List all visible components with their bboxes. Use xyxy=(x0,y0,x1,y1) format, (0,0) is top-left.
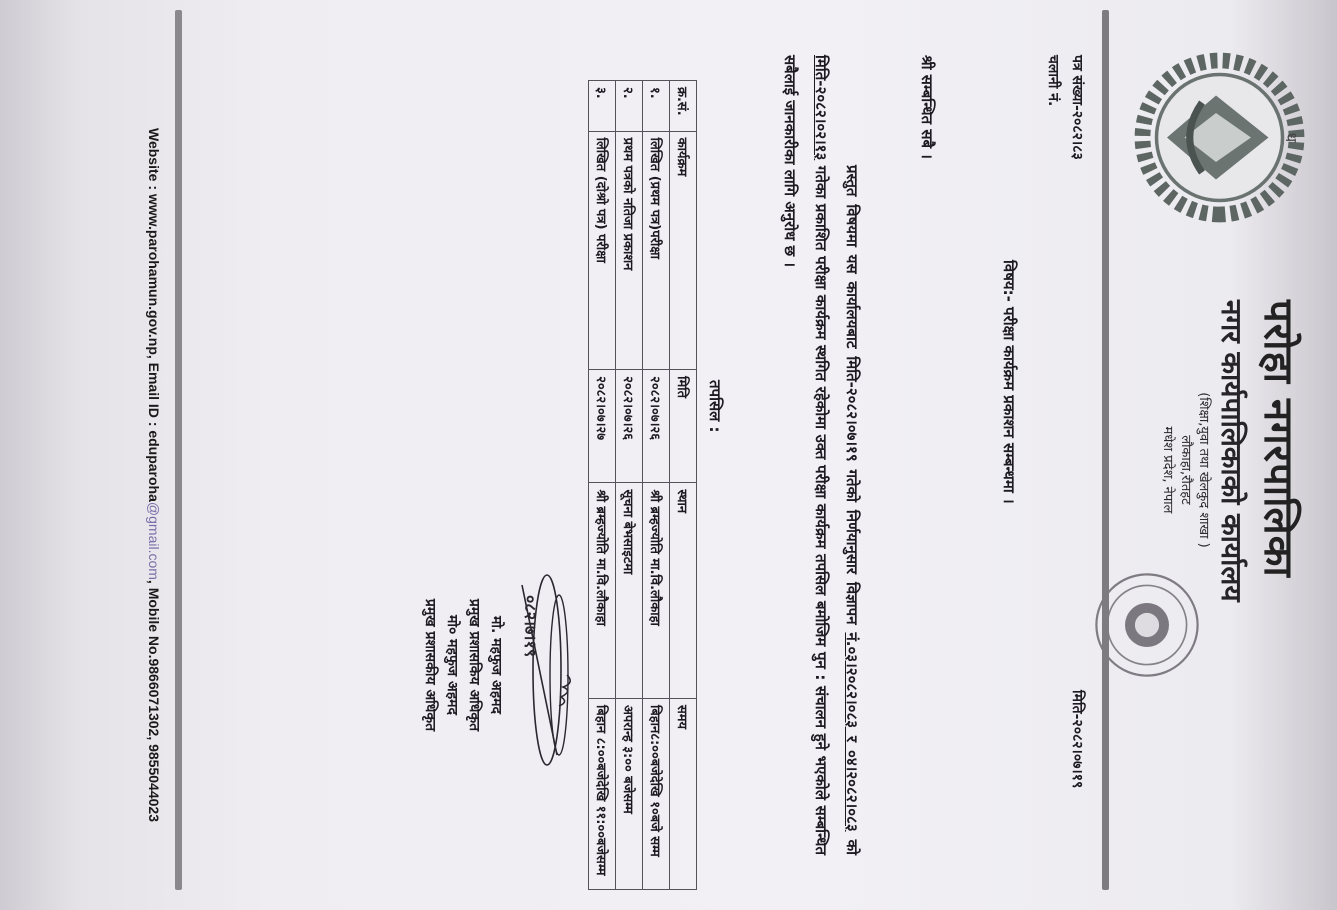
cell-date: २०८२।०७।२६ xyxy=(643,370,670,483)
schedule-table: क्र.सं. कार्यक्रम मिति स्थान समय १. लिखि… xyxy=(588,80,697,890)
cell-date: २०८२।०७।२७ xyxy=(589,370,616,483)
branch-name: (शिक्षा,युवा तथा खेलकुद शाखा ) xyxy=(1194,340,1212,600)
svg-text:ध: ध xyxy=(1282,133,1301,143)
signatory-name: मो० महफुज अहमद xyxy=(441,545,463,785)
cell-time: बिहान ८:००बजेदेखि ११:००बजेसम्म xyxy=(589,698,616,889)
letter-date: मिति-२०८२।०७।१९ xyxy=(1068,690,1087,788)
handwritten-date: ०८२।७।१९ xyxy=(521,595,540,657)
signatory-name-stamp: मो. महफुज अहमद xyxy=(485,545,507,785)
original-date: मिति-२०८२।०२।१३ xyxy=(812,55,830,160)
body-paragraph: प्रस्तुत विषयमा यस कार्यालयबाट मिति-२०८२… xyxy=(774,55,867,855)
cell-serial: ३. xyxy=(589,81,616,132)
municipality-emblem-icon: ध xyxy=(1132,50,1307,225)
body-opening: प्रस्तुत विषयमा यस कार्यालयबाट मिति-२०८२… xyxy=(843,165,861,625)
advertisement-numbers: नं.०३।२०८२।०८३ र ०४।२०८२।०८३ xyxy=(843,632,861,831)
cell-date: २०८२।०७।२६ xyxy=(616,370,643,483)
cell-time: बिहान८:००बजेदेखि १०बजे सम्म xyxy=(643,698,670,889)
subject-line: विषय:- परीक्षा कार्यक्रम प्रकाशन सम्बन्ध… xyxy=(999,260,1019,504)
contact-footer: Website : www.parohamun.gov.np, Email ID… xyxy=(146,85,162,865)
cell-serial: २. xyxy=(616,81,643,132)
schedule-heading: तपसिल : xyxy=(705,380,725,433)
municipality-title: परोहा नगरपालिका xyxy=(1254,300,1302,860)
column-serial: क्र.सं. xyxy=(670,81,697,132)
table-header-row: क्र.सं. कार्यक्रम मिति स्थान समय xyxy=(670,81,697,890)
office-province: मधेश प्रदेश, नेपाल xyxy=(1158,340,1176,600)
signature-block: ०८२।७।१९ मो. महफुज अहमद प्रमुख प्रशासकिय… xyxy=(419,545,577,785)
signatory-designation-stamp: प्रमुख प्रशासकिय अधिकृत xyxy=(463,545,485,785)
email-user: paroha xyxy=(146,455,162,502)
table-row: २. प्रथम पत्रको नतिजा प्रकाशन २०८२।०७।२६… xyxy=(616,81,643,890)
office-subtitle: नगर कार्यपालिकाको कार्यालय xyxy=(1212,300,1250,860)
cell-venue: श्री ब्रम्हज्योति मा.वि.लौकाहा xyxy=(589,483,616,699)
cell-program: प्रथम पत्रको नतिजा प्रकाशन xyxy=(616,131,643,369)
dispatch-number: चलानी नं. xyxy=(1041,55,1065,160)
cell-venue: श्री ब्रम्हज्योति मा.वि.लौकाहा xyxy=(643,483,670,699)
website-and-email: Website : www.parohamun.gov.np, Email ID… xyxy=(146,128,162,455)
mobile-numbers: , Mobile No.9866071302, 9855044023 xyxy=(146,580,162,822)
body-continuation: गतेका प्रकाशित परीक्षा कार्यक्रम स्थगित … xyxy=(781,55,830,855)
reference-block: पत्र संख्या-२०८२।८३ चलानी नं. xyxy=(1041,55,1089,160)
office-location: लौकाहा,रौतहट xyxy=(1176,340,1194,600)
column-venue: स्थान xyxy=(670,483,697,699)
handwritten-signature-icon: ०८२।७।१९ xyxy=(507,545,577,785)
cell-serial: १. xyxy=(643,81,670,132)
column-time: समय xyxy=(670,698,697,889)
cell-program: लिखित (दोश्रो पत्र) परीक्षा xyxy=(589,131,616,369)
signatory-title: प्रमुख प्रशासकीय अधिकृत xyxy=(419,545,441,785)
header-divider xyxy=(1102,10,1109,890)
table-row: ३. लिखित (दोश्रो पत्र) परीक्षा २०८२।०७।२… xyxy=(589,81,616,890)
letter-page: ध परोहा नगरपालिका नगर कार्यपालिकाको कार्… xyxy=(37,10,1337,890)
body-connector: को xyxy=(843,832,861,855)
footer-divider xyxy=(175,10,182,890)
column-date: मिति xyxy=(670,370,697,483)
column-program: कार्यक्रम xyxy=(670,131,697,369)
email-domain: @gmail.com xyxy=(146,502,162,580)
letter-number: पत्र संख्या-२०८२।८३ xyxy=(1065,55,1089,160)
table-row: १. लिखित (प्रथम पत्र)परीक्षा २०८२।०७।२६ … xyxy=(643,81,670,890)
cell-time: अपरान्ह ३:०० बजेसम्म xyxy=(616,698,643,889)
cell-program: लिखित (प्रथम पत्र)परीक्षा xyxy=(643,131,670,369)
addressee: श्री सम्बन्धित सबै । xyxy=(917,55,937,159)
cell-venue: सूचना बेभसाइटमा xyxy=(616,483,643,699)
